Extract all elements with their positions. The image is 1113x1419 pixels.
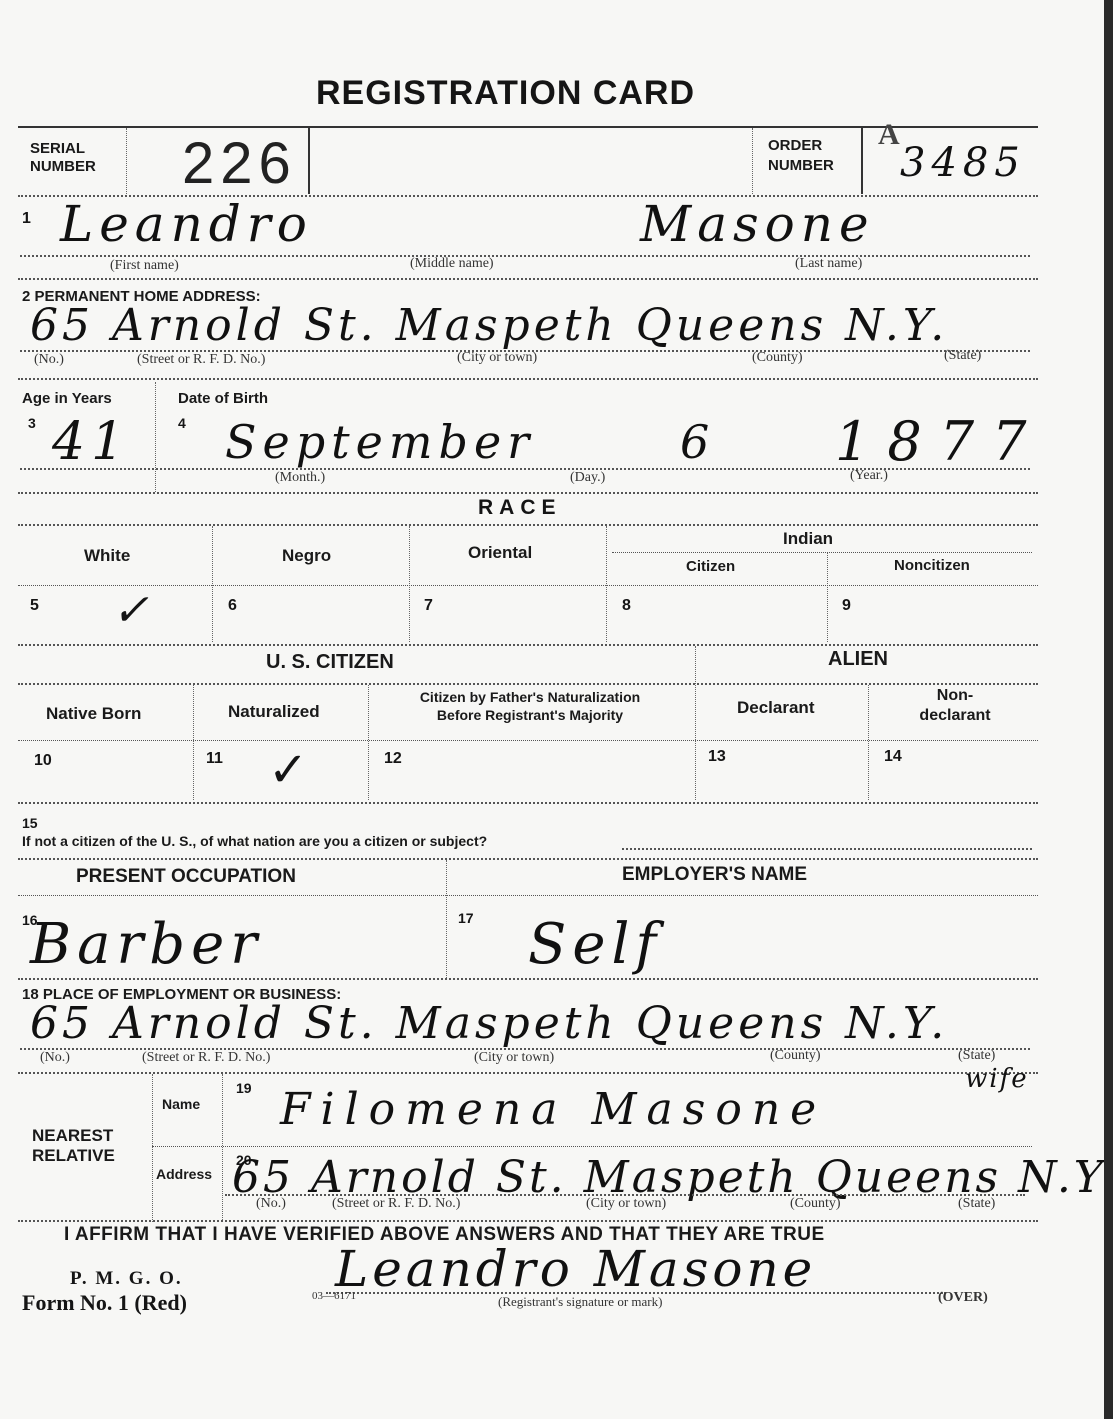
order-label-line2: NUMBER — [768, 156, 834, 176]
form-issuer: P. M. G. O. — [70, 1268, 183, 1290]
divider — [368, 685, 369, 800]
race-oriental-header: Oriental — [468, 543, 532, 563]
birth-month-value: September — [225, 415, 535, 469]
field-number: 4 — [178, 415, 186, 431]
employment-state: N.Y. — [845, 998, 948, 1049]
caption-county: (County) — [790, 1196, 841, 1212]
divider — [18, 895, 1038, 896]
divider — [18, 492, 1038, 494]
caption-no: (No.) — [34, 352, 64, 368]
caption-county: (County) — [770, 1048, 821, 1064]
caption-last-name: (Last name) — [795, 256, 862, 272]
over-label: (OVER) — [938, 1290, 988, 1306]
nondeclarant-line2: declarant — [880, 706, 1030, 726]
home-address-no: 65 — [30, 300, 94, 351]
serial-number-label: SERIAL NUMBER — [30, 140, 96, 176]
home-address-county: Queens — [636, 300, 827, 351]
last-name-value: Masone — [640, 195, 875, 253]
nearest-relative-line1: NEAREST — [32, 1126, 115, 1146]
divider — [861, 128, 863, 194]
age-value: 41 — [52, 412, 130, 472]
divider — [18, 740, 1038, 741]
naturalized-checkbox[interactable]: ✓ — [268, 742, 308, 798]
caption-state: (State) — [958, 1196, 995, 1212]
caption-city: (City or town) — [474, 1050, 554, 1066]
field-number: 5 — [30, 597, 39, 615]
caption-street: (Street or R. F. D. No.) — [142, 1050, 270, 1066]
race-indian-header: Indian — [783, 529, 833, 549]
nondeclarant-line1: Non- — [880, 686, 1030, 706]
caption-street: (Street or R. F. D. No.) — [332, 1196, 460, 1212]
divider — [18, 378, 1038, 380]
divider — [18, 585, 1038, 586]
divider — [152, 1074, 153, 1222]
caption-year: (Year.) — [850, 468, 888, 484]
caption-no: (No.) — [40, 1050, 70, 1066]
divider — [222, 1074, 223, 1222]
native-born-header: Native Born — [46, 704, 141, 724]
divider — [155, 382, 156, 492]
divider — [18, 802, 1038, 804]
first-name-value: Leandro — [60, 195, 313, 253]
divider — [126, 128, 127, 194]
divider — [752, 128, 753, 194]
caption-county: (County) — [752, 350, 803, 366]
divider — [193, 685, 194, 800]
caption-city: (City or town) — [457, 350, 537, 366]
divider — [20, 255, 1030, 257]
divider — [18, 1072, 1038, 1074]
employment-place-value: 65 Arnold St. Maspeth Queens N.Y. — [30, 998, 948, 1049]
order-number-label: ORDER NUMBER — [768, 136, 834, 176]
signature-caption: (Registrant's signature or mark) — [498, 1294, 662, 1310]
declarant-checkbox[interactable] — [697, 746, 867, 796]
father-header-line2: Before Registrant's Majority — [380, 706, 680, 724]
occupation-label: PRESENT OCCUPATION — [76, 866, 296, 888]
form-number: Form No. 1 (Red) — [22, 1290, 187, 1316]
race-negro-header: Negro — [282, 546, 331, 566]
birth-year-value: 1877 — [835, 410, 1044, 473]
nondeclarant-checkbox[interactable] — [870, 746, 1032, 796]
field-number: 17 — [458, 910, 474, 926]
divider — [18, 858, 1038, 860]
father-naturalization-checkbox[interactable] — [370, 746, 694, 796]
caption-city: (City or town) — [586, 1196, 666, 1212]
serial-label-line1: SERIAL — [30, 140, 96, 158]
caption-state: (State) — [958, 1048, 995, 1064]
occupation-value: Barber — [30, 912, 263, 977]
nation-input[interactable] — [622, 826, 1032, 848]
field-number: 11 — [206, 750, 223, 768]
race-white-checkbox[interactable]: ✓ — [112, 585, 149, 636]
race-indian-noncitizen-header: Noncitizen — [894, 557, 970, 574]
race-negro-checkbox[interactable] — [212, 596, 408, 640]
nation-question: If not a citizen of the U. S., of what n… — [22, 833, 487, 849]
race-indian-citizen-header: Citizen — [686, 558, 735, 575]
naturalized-header: Naturalized — [228, 702, 320, 722]
form-code: 03—6171 — [312, 1290, 356, 1302]
divider — [152, 1146, 1032, 1147]
home-address-state: N.Y. — [845, 300, 948, 351]
declarant-header: Declarant — [737, 698, 814, 718]
caption-street: (Street or R. F. D. No.) — [137, 352, 265, 368]
father-header-line1: Citizen by Father's Naturalization — [380, 688, 680, 706]
age-label: Age in Years — [22, 390, 112, 407]
field-number: 15 — [22, 815, 38, 831]
order-prefix: A — [878, 118, 900, 152]
birth-date-label: Date of Birth — [178, 390, 268, 407]
home-address-value: 65 Arnold St. Maspeth Queens N.Y. — [30, 300, 948, 351]
employer-value: Self — [528, 912, 662, 977]
home-address-street: Arnold St. — [112, 300, 378, 351]
divider — [308, 128, 310, 194]
caption-state: (State) — [944, 348, 981, 364]
alien-title: ALIEN — [828, 648, 888, 671]
us-citizen-title: U. S. CITIZEN — [266, 651, 394, 674]
order-label-line1: ORDER — [768, 136, 834, 156]
divider — [18, 644, 1038, 646]
registrant-signature: Leandro Masone — [335, 1240, 816, 1298]
divider — [18, 1220, 1038, 1222]
caption-day: (Day.) — [570, 470, 605, 486]
divider — [446, 860, 447, 980]
caption-middle-name: (Middle name) — [410, 256, 494, 272]
father-naturalization-header: Citizen by Father's Naturalization Befor… — [380, 688, 680, 724]
nearest-relative-label: NEAREST RELATIVE — [32, 1126, 115, 1166]
employment-county: Queens — [636, 998, 827, 1049]
race-white-header: White — [84, 546, 130, 566]
race-title: RACE — [478, 496, 562, 520]
serial-number-value: 226 — [182, 130, 297, 197]
native-born-checkbox[interactable] — [20, 746, 192, 796]
employment-street: Arnold St. — [112, 998, 378, 1049]
relative-name-label: Name — [162, 1096, 200, 1112]
field-number: 19 — [236, 1080, 252, 1096]
scan-border — [1104, 0, 1113, 1419]
divider — [868, 685, 869, 800]
race-indian-noncitizen-checkbox[interactable] — [827, 596, 1032, 640]
race-oriental-checkbox[interactable] — [409, 596, 605, 640]
caption-month: (Month.) — [275, 470, 325, 486]
nondeclarant-header: Non- declarant — [880, 686, 1030, 726]
field-number: 3 — [28, 415, 36, 431]
nation-answer-line — [622, 848, 1032, 850]
divider — [612, 552, 1032, 553]
divider — [18, 683, 1038, 685]
birth-day-value: 6 — [680, 415, 715, 469]
divider — [18, 278, 1038, 280]
race-indian-citizen-checkbox[interactable] — [606, 596, 826, 640]
relative-name-value: Filomena Masone — [280, 1084, 826, 1135]
divider — [18, 524, 1038, 526]
field-number: 1 — [22, 210, 31, 228]
caption-first-name: (First name) — [110, 258, 179, 274]
nearest-relative-line2: RELATIVE — [32, 1146, 115, 1166]
divider — [695, 646, 696, 800]
serial-label-line2: NUMBER — [30, 158, 96, 176]
relative-relation-value: wife — [965, 1064, 1029, 1094]
home-address-city: Maspeth — [396, 300, 618, 351]
employment-no: 65 — [30, 998, 94, 1049]
divider — [18, 978, 1038, 980]
relative-address-label: Address — [156, 1166, 212, 1182]
page-title: REGISTRATION CARD — [316, 74, 695, 113]
employer-label: EMPLOYER'S NAME — [622, 864, 807, 886]
order-number-value: 3485 — [900, 140, 1026, 186]
employment-city: Maspeth — [396, 998, 618, 1049]
caption-no: (No.) — [256, 1196, 286, 1212]
